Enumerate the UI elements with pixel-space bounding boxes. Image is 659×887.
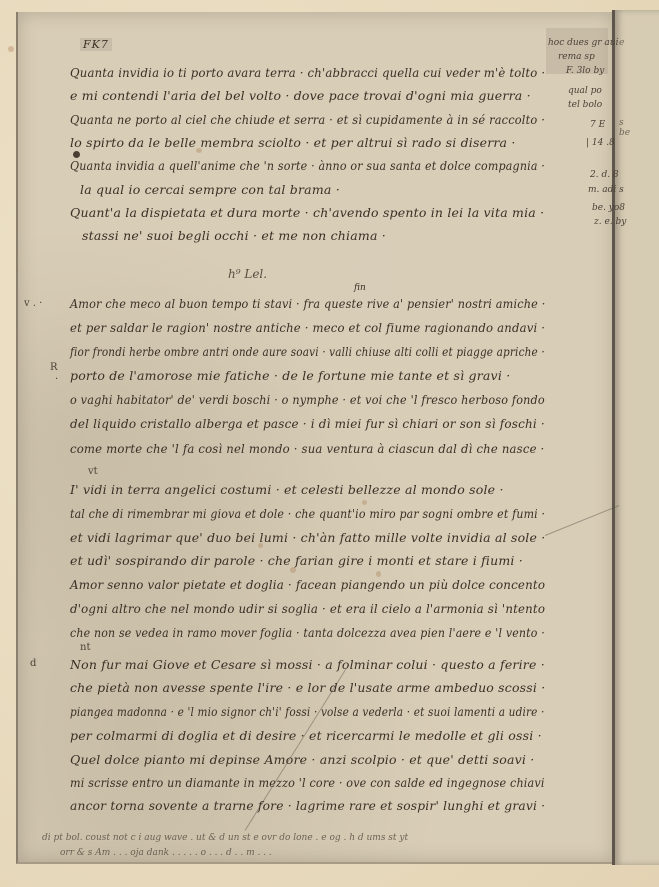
margin-note: hoc dues gr aui — [548, 38, 618, 48]
verse-line: piangea madonna · e 'l mio signor ch'i' … — [70, 704, 545, 719]
stain — [362, 500, 367, 505]
left-margin-mark: v . · — [24, 298, 42, 309]
verse-line: et udì' sospirando dir parole · che fari… — [70, 553, 523, 568]
margin-note: tel bolo — [568, 100, 602, 110]
left-margin-mark: · — [55, 374, 58, 385]
verse-line: come morte che 'l fa così nel mondo · su… — [70, 441, 544, 456]
verse-line: ancor torna sovente a trarne fore · lagr… — [70, 798, 545, 813]
verse-line: Amor che meco al buon tempo ti stavi · f… — [70, 296, 545, 311]
bottom-margin-note: di pt bol. coust not c i aug wave . ut &… — [42, 833, 408, 843]
verse-line: fior frondi herbe ombre antri onde aure … — [70, 344, 545, 359]
verse-line: Non fur mai Giove et Cesare sì mossi · a… — [70, 657, 545, 672]
verse-line: Quanta invidia a quell'anime che 'n sort… — [70, 158, 545, 173]
margin-note: F. 3lo by — [566, 66, 604, 76]
bottom-margin-note: orr & s Am . . . oja dank . . . . . o . … — [60, 848, 272, 858]
verse-line: del liquido cristallo alberga et pasce ·… — [70, 416, 545, 431]
verse-line: che pietà non avesse spente l'ire · e lo… — [70, 680, 545, 695]
margin-note: 7 E — [590, 120, 605, 130]
left-margin-mark: R — [50, 362, 58, 373]
stain — [8, 46, 14, 52]
margin-note: be. yo8 — [592, 203, 625, 213]
left-margin-mark: d — [30, 658, 36, 669]
verse-line: Amor senno valor pietate et doglia · fac… — [70, 577, 545, 592]
interlinear-correction: fin — [354, 283, 366, 293]
margin-note: z. e. by — [594, 217, 626, 227]
verse-line: Quanta invidia io ti porto avara terra ·… — [70, 65, 545, 80]
poem-heading: h⁹ Lel. — [228, 267, 267, 281]
facing-leaf-mark: be — [619, 128, 630, 138]
verse-line: d'ogni altro che nel mondo udir si sogli… — [70, 601, 545, 616]
verse-line: et per saldar le ragion' nostre antiche … — [70, 320, 545, 335]
verse-line: tal che di rimembrar mi giova et dole · … — [70, 506, 545, 521]
folio-number: FK7 — [80, 38, 112, 51]
manuscript-viewer: e s be FK7 Quanta invidia io ti porto av… — [0, 0, 659, 887]
verse-line: lo spirto da le belle membra sciolto · e… — [70, 135, 516, 150]
margin-note: | 14 .8 — [586, 138, 615, 148]
facing-leaf-mark: e — [619, 38, 624, 48]
verse-line: Quel dolce pianto mi depinse Amore · anz… — [70, 752, 534, 767]
verse-line: I' vidi in terra angelici costumi · et c… — [70, 482, 504, 497]
verse-line: stassi ne' suoi begli occhi · et me non … — [82, 228, 386, 243]
verse-line: per colmarmi di doglia et di desire · et… — [70, 728, 542, 743]
verse-line: o vaghi habitator' de' verdi boschi · o … — [70, 392, 545, 407]
facing-leaf-edge: e s be — [612, 10, 659, 865]
left-margin-mark: nt — [80, 642, 90, 653]
margin-note: m. adi s — [588, 185, 624, 195]
verse-line: mi scrisse entro un diamante in mezzo 'l… — [70, 775, 545, 790]
verse-line: Quanta ne porto al ciel che chiude et se… — [70, 112, 545, 127]
facing-leaf-mark: s — [619, 118, 624, 128]
verse-line: Quant'a la dispietata et dura morte · ch… — [70, 205, 544, 220]
verse-line: la qual io cercai sempre con tal brama · — [80, 182, 340, 197]
margin-note: 2. d. 8 — [590, 170, 619, 180]
paragraph-mark — [73, 151, 80, 158]
verse-line: e mi contendi l'aria del bel volto · dov… — [70, 88, 531, 103]
left-margin-mark: vt — [88, 466, 98, 477]
verse-line: et vidi lagrimar que' duo bei lumi · ch'… — [70, 530, 545, 545]
margin-note: qual po — [568, 86, 602, 96]
margin-note: rema sp — [558, 52, 595, 62]
verse-line: che non se vedea in ramo mover foglia · … — [70, 625, 545, 640]
verse-line: porto de l'amorose mie fatiche · de le f… — [70, 368, 510, 383]
